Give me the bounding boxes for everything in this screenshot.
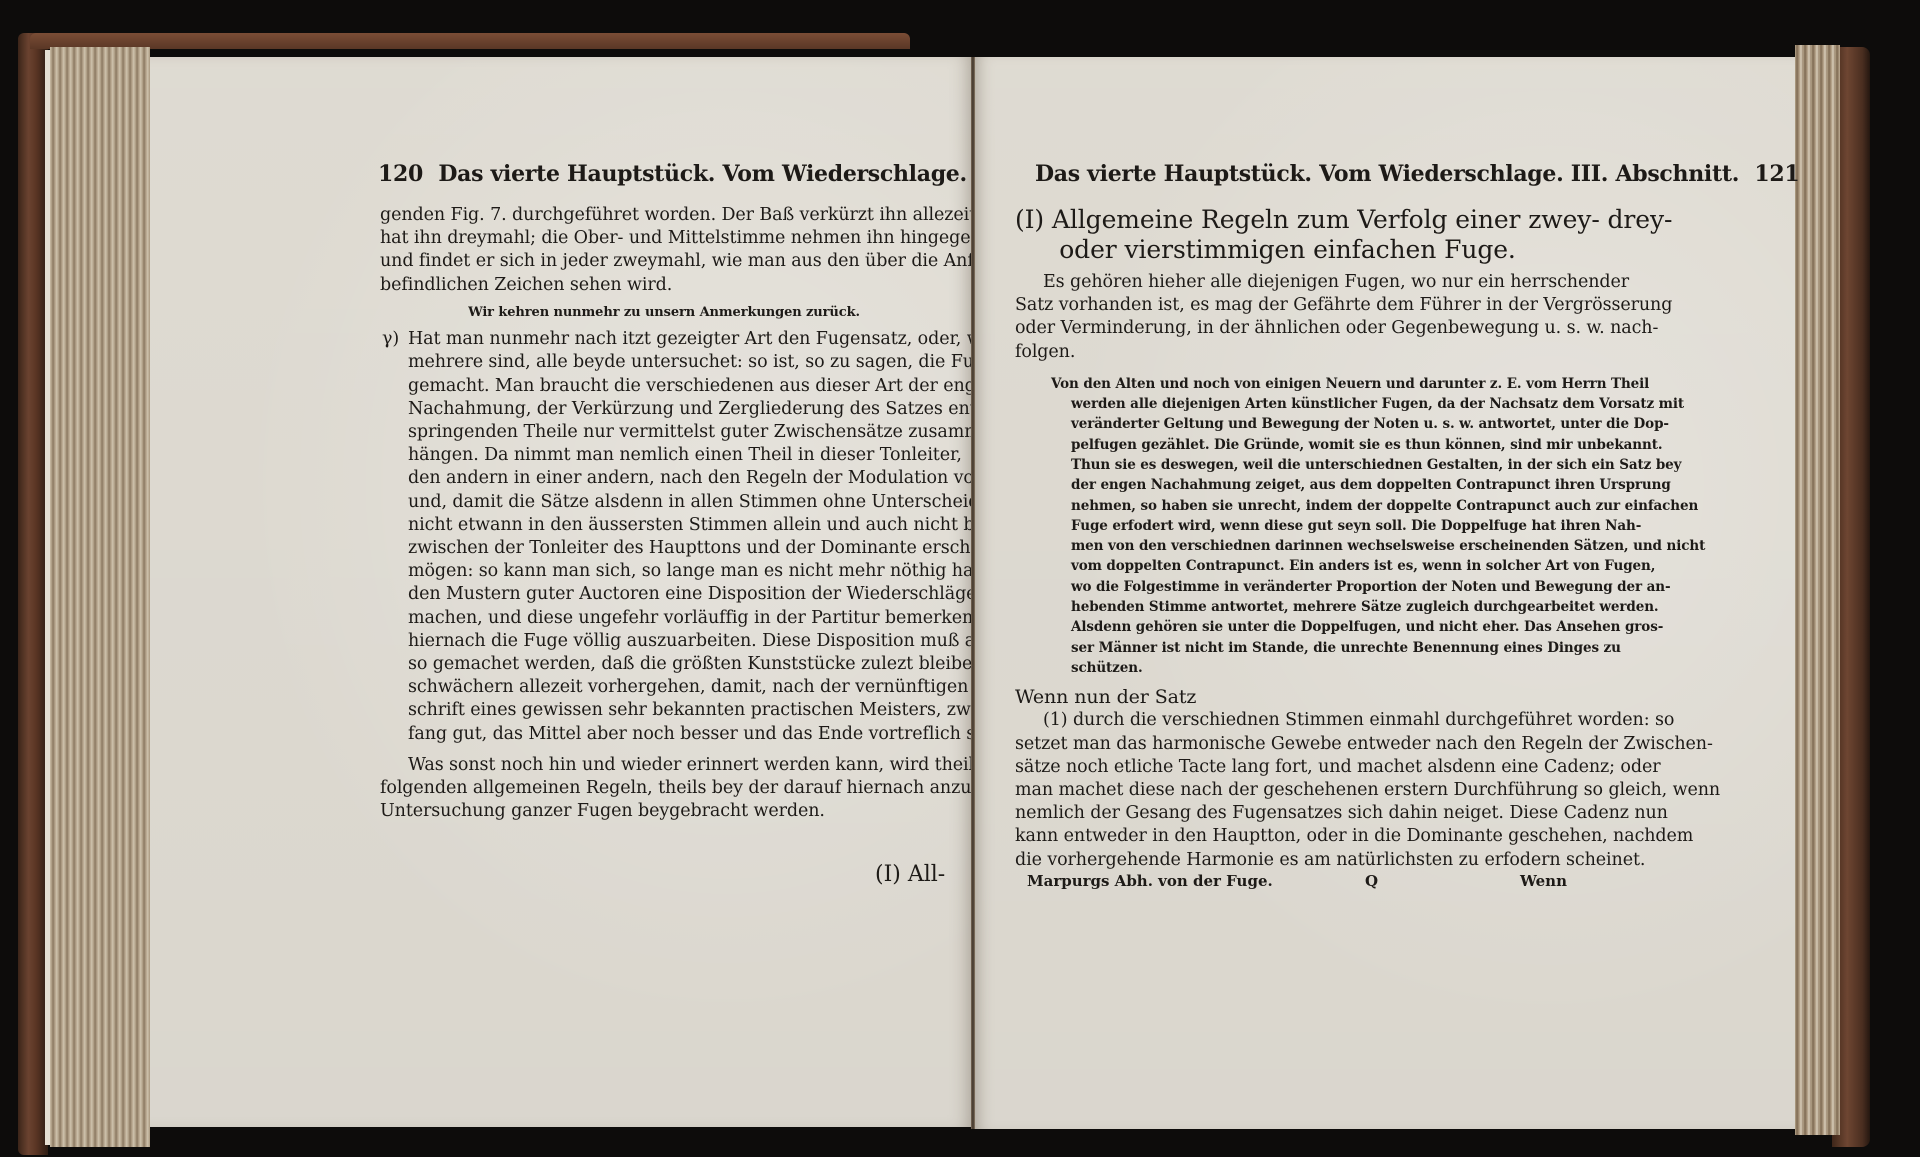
text-line: setzet man das harmonische Gewebe entwed…: [1015, 733, 1560, 756]
text-line: folgen.: [1015, 341, 1560, 364]
text-line: Es gehören hieher alle diejenigen Fugen,…: [1015, 271, 1560, 294]
text-line: genden Fig. 7. durchgeführet worden. Der…: [380, 204, 948, 227]
left-body: genden Fig. 7. durchgeführet worden. Der…: [380, 204, 948, 823]
text-line: und findet er sich in jeder zweymahl, wi…: [380, 250, 948, 273]
text-line: den andern in einer andern, nach den Reg…: [408, 467, 948, 490]
subheading: Wir kehren nunmehr zu unsern Anmerkungen…: [380, 303, 948, 323]
text-line: hiernach die Fuge völlig auszuarbeiten. …: [408, 630, 948, 653]
text-line: man machet diese nach der geschehenen er…: [1015, 779, 1560, 802]
note-line: hebenden Stimme antwortet, mehrere Sätze…: [1071, 597, 1560, 617]
note-line: vom doppelten Contrapunct. Ein anders is…: [1071, 556, 1560, 576]
text-line: Hat man nunmehr nach itzt gezeigter Art …: [408, 328, 948, 351]
text-line: fang gut, das Mittel aber noch besser un…: [408, 723, 948, 746]
book-cover-top-edge: [30, 33, 910, 49]
text-line: folgenden allgemeinen Regeln, theils bey…: [380, 777, 948, 800]
page-120: 120 Das vierte Hauptstück. Vom Wiedersch…: [150, 57, 973, 1127]
text-line: hat ihn dreymahl; die Ober- und Mittelst…: [380, 227, 948, 250]
note-line: werden alle diejenigen Arten künstlicher…: [1071, 394, 1560, 414]
text-line: und, damit die Sätze alsdenn in allen St…: [408, 491, 948, 514]
note-line: Alsdenn gehören sie unter die Doppelfuge…: [1071, 617, 1560, 637]
text-line: nemlich der Gesang des Fugensatzes sich …: [1015, 802, 1560, 825]
text-line: oder Verminderung, in der ähnlichen oder…: [1015, 317, 1560, 340]
text-line: springenden Theile nur vermittelst guter…: [408, 421, 948, 444]
section-heading: (I) Allgemeine Regeln zum Verfolg einer …: [1015, 205, 1560, 235]
text-line: sätze noch etliche Tacte lang fort, und …: [1015, 756, 1560, 779]
note-line: men von den verschiednen darinnen wechse…: [1071, 536, 1560, 556]
catchword-right: Wenn: [1520, 872, 1567, 890]
page-number: 121: [1754, 161, 1799, 187]
text-line: (1) durch die verschiednen Stimmen einma…: [1015, 709, 1560, 732]
running-head-right: Das vierte Hauptstück. Vom Wiederschlage…: [1035, 161, 1560, 187]
page-stack-right: [1795, 45, 1840, 1135]
text-line: befindlichen Zeichen sehen wird.: [380, 274, 948, 297]
text-line: den Mustern guter Auctoren eine Disposit…: [408, 583, 948, 606]
signature-mark: Q: [1365, 872, 1378, 890]
footnote-block: Von den Alten und noch von einigen Neuer…: [1071, 374, 1560, 678]
running-head-left: 120 Das vierte Hauptstück. Vom Wiedersch…: [378, 161, 948, 187]
text-line: die vorhergehende Harmonie es am natürli…: [1015, 849, 1560, 872]
note-line: Fuge erfodert wird, wenn diese gut seyn …: [1071, 516, 1560, 536]
paragraph-closing: Was sonst noch hin und wieder erinnert w…: [380, 754, 948, 824]
page-number: 120: [378, 161, 423, 187]
signature-line: Marpurgs Abh. von der Fuge.: [1027, 872, 1273, 890]
note-line: veränderter Geltung und Bewegung der Not…: [1071, 414, 1560, 434]
book-cover-left-edge: [18, 33, 48, 1155]
text-line: mögen: so kann man sich, so lange man es…: [408, 560, 948, 583]
page-121: Das vierte Hauptstück. Vom Wiederschlage…: [975, 57, 1795, 1129]
text-line: gemacht. Man braucht die verschiedenen a…: [408, 375, 948, 398]
text-line: nicht etwann in den äussersten Stimmen a…: [408, 514, 948, 537]
text-line: Untersuchung ganzer Fugen beygebracht we…: [380, 800, 948, 823]
text-line: Was sonst noch hin und wieder erinnert w…: [380, 754, 948, 777]
note-line: nehmen, so haben sie unrecht, indem der …: [1071, 496, 1560, 516]
text-line: mehrere sind, alle beyde untersuchet: so…: [408, 351, 948, 374]
note-line: der engen Nachahmung zeiget, aus dem dop…: [1071, 475, 1560, 495]
text-line: kann entweder in den Hauptton, oder in d…: [1015, 825, 1560, 848]
running-head-title: Das vierte Hauptstück. Vom Wiederschlage…: [1035, 161, 1739, 187]
text-line: hängen. Da nimmt man nemlich einen Theil…: [408, 444, 948, 467]
paragraph-gamma: γ) Hat man nunmehr nach itzt gezeigter A…: [380, 328, 948, 746]
note-line: schützen.: [1071, 658, 1560, 678]
note-line: Von den Alten und noch von einigen Neuer…: [1051, 374, 1560, 394]
text-line: machen, und diese ungefehr vorläuffig in…: [408, 607, 948, 630]
text-line: so gemachet werden, daß die größten Kuns…: [408, 653, 948, 676]
text-line: zwischen der Tonleiter des Haupttons und…: [408, 537, 948, 560]
note-line: Thun sie es deswegen, weil die unterschi…: [1071, 455, 1560, 475]
note-line: ser Männer ist nicht im Stande, die unre…: [1071, 638, 1560, 658]
note-line: pelfugen gezählet. Die Gründe, womit sie…: [1071, 435, 1560, 455]
note-line: wo die Folgestimme in veränderter Propor…: [1071, 577, 1560, 597]
right-body: (I) Allgemeine Regeln zum Verfolg einer …: [1015, 205, 1560, 872]
text-line: Nachahmung, der Verkürzung und Zergliede…: [408, 398, 948, 421]
text-line: schwächern allezeit vorhergehen, damit, …: [408, 676, 948, 699]
text-line: Satz vorhanden ist, es mag der Gefährte …: [1015, 294, 1560, 317]
wenn-line: Wenn nun der Satz: [1015, 686, 1560, 709]
list-marker-gamma: γ): [382, 328, 399, 351]
page-stack-left: [50, 47, 150, 1147]
catchword-left: (I) All-: [875, 862, 945, 887]
text-line: schrift eines gewissen sehr bekannten pr…: [408, 699, 948, 722]
section-heading: oder vierstimmigen einfachen Fuge.: [1015, 235, 1560, 265]
